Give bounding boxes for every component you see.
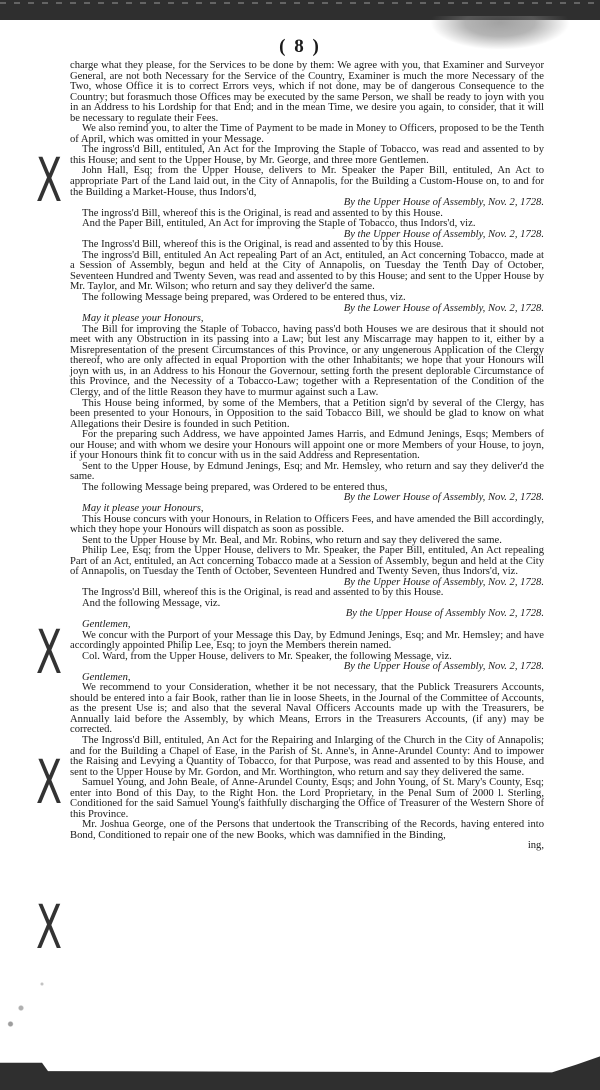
paragraph: We recommend to your Consideration, whet… <box>70 683 544 736</box>
dateline: By the Upper House of Assembly Nov. 2, 1… <box>70 609 544 620</box>
paragraph: The Bill for improving the Staple of Tob… <box>70 325 544 399</box>
page-number: ( 8 ) <box>0 36 600 58</box>
paragraph: The following Message being prepared, wa… <box>70 293 544 304</box>
salutation: Gentlemen, <box>70 620 544 631</box>
document-body: charge what they please, for the Service… <box>70 61 544 852</box>
margin-x-mark: X <box>36 145 62 215</box>
paragraph: John Hall, Esq; from the Upper House, de… <box>70 166 544 198</box>
margin-x-mark: X <box>36 617 62 687</box>
paragraph: charge what they please, for the Service… <box>70 61 544 124</box>
paragraph: The Ingross'd Bill, entituled, An Act fo… <box>70 736 544 778</box>
catchword: ing, <box>70 841 544 852</box>
paragraph: Philip Lee, Esq; from the Upper House, d… <box>70 546 544 578</box>
paragraph: This House being informed, by some of th… <box>70 399 544 431</box>
paragraph: This House concurs with your Honours, in… <box>70 515 544 536</box>
paragraph: Mr. Joshua George, one of the Persons th… <box>70 820 544 841</box>
dateline: By the Upper House of Assembly, Nov. 2, … <box>70 662 544 673</box>
paragraph: The ingross'd Bill, entituled An Act rep… <box>70 251 544 293</box>
scan-border-bottom <box>0 1048 600 1090</box>
scan-speckle <box>0 960 70 1040</box>
paragraph: Samuel Young, and John Beale, of Anne-Ar… <box>70 778 544 820</box>
paragraph: Sent to the Upper House, by Edmund Jenin… <box>70 462 544 483</box>
paragraph: We also remind you, to alter the Time of… <box>70 124 544 145</box>
paragraph: The ingross'd Bill, entituled, An Act fo… <box>70 145 544 166</box>
paragraph: We concur with the Purport of your Messa… <box>70 631 544 652</box>
paragraph: For the preparing such Address, we have … <box>70 430 544 462</box>
margin-x-mark: X <box>36 892 62 962</box>
salutation: May it please your Honours, <box>70 504 544 515</box>
margin-x-mark: X <box>36 747 62 817</box>
